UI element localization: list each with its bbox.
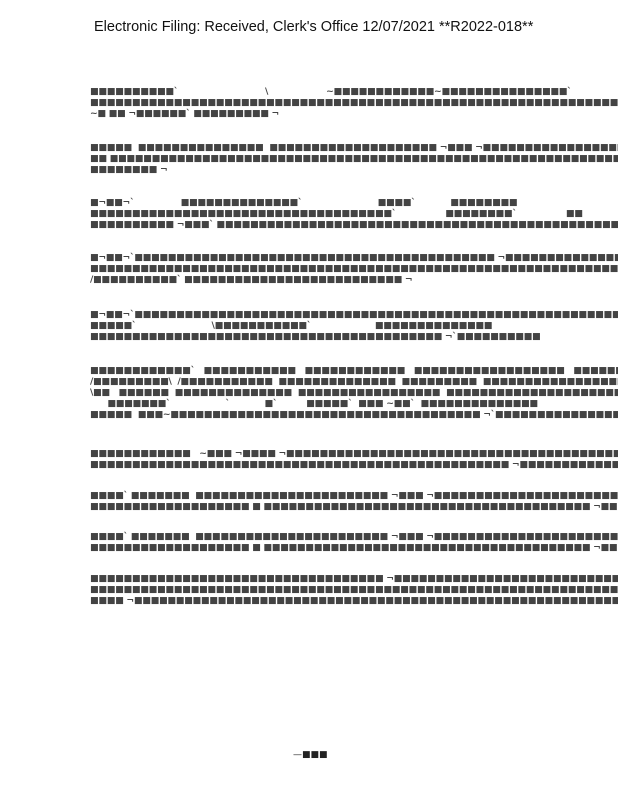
paragraph-line: ■■■■■■■■■■■■■■■■■■■ ■ ■■■■■■■■■■■■■■■■■■…: [90, 501, 618, 512]
body-paragraph: ■■■■■■■■■■` \ ~■■■■■■■■■■■■~■■■■■■■■■■■■…: [90, 86, 618, 119]
paragraph-line: ■■■■■■■■■■■■` ■■■■■■■■■■■ ■■■■■■■■■■■■ ■…: [90, 365, 618, 376]
page-number-footer: —■■■: [293, 750, 328, 760]
body-paragraph: ■¬■■¬`■■■■■■■■■■■■■■■■■■■■■■■■■■■■■■■■■■…: [90, 252, 618, 285]
paragraph-line: /■■■■■■■■■■` ■■■■■■■■■■■■■■■■■■■■■■■■■■ …: [90, 274, 618, 285]
paragraph-line: ■■ ■■■■■■■■■■■■■■■■■■■■■■■■■■■■■■■■■■■■■…: [90, 153, 618, 164]
body-paragraph: ■¬■■¬`■■■■■■■■■■■■■■■■■■■■■■■■■■■■■■■■■■…: [90, 309, 618, 342]
body-paragraph: ■■■■■ ■■■■■■■■■■■■■■■ ■■■■■■■■■■■■■■■■■■…: [90, 142, 618, 175]
body-paragraph: ■■■■` ■■■■■■■ ■■■■■■■■■■■■■■■■■■■■■■■ ¬■…: [90, 531, 618, 553]
paragraph-line: ■■■■■■■■■■■■■■■■■■■■■■■■■■■■■■■■■■■■■■■■…: [90, 584, 618, 595]
paragraph-line: ■■■■■■■■■■■■■■■■■■■ ■ ■■■■■■■■■■■■■■■■■■…: [90, 542, 618, 553]
paragraph-line: ■■■■■■■■■■■■■■■■■■■■■■■■■■■■■■■■■■■■` ■■…: [90, 208, 618, 219]
paragraph-line: ■■■■■■■■■■■■■■■■■■■■■■■■■■■■■■■■■■■■■■■■…: [90, 263, 618, 274]
paragraph-line: ■■■■■ ■■■~■■■■■■■■■■■■■■■■■■■■■■■■■■■■■■…: [90, 409, 618, 420]
body-paragraph: ■■■■■■■■■■■■■■■■■■■■■■■■■■■■■■■■■■■ ¬■■■…: [90, 573, 618, 606]
paragraph-line: ■■■■■ ■■■■■■■■■■■■■■■ ■■■■■■■■■■■■■■■■■■…: [90, 142, 618, 153]
paragraph-line: ■■■■■■■■■■■■■■■■■■■■■■■■■■■■■■■■■■■ ¬■■■…: [90, 573, 618, 584]
paragraph-line: ~■ ■■ ¬■■■■■■` ■■■■■■■■■ ¬: [90, 108, 618, 119]
paragraph-line: ■¬■■¬` ■■■■■■■■■■■■■■` ■■■■` ■■■■■■■■: [90, 197, 618, 208]
paragraph-line: ■■■■■` \■■■■■■■■■■■` ■■■■■■■■■■■■■■: [90, 320, 618, 331]
paragraph-line: ■■■■■■■` ` ■` ■■■■■` ■■■ ~■■` ■■■■■■■■■■…: [90, 398, 618, 409]
paragraph-line: ■■■■■■■■■■` \ ~■■■■■■■■■■■■~■■■■■■■■■■■■…: [90, 86, 618, 97]
body-paragraph: ■¬■■¬` ■■■■■■■■■■■■■■` ■■■■` ■■■■■■■■■■■…: [90, 197, 618, 230]
body-paragraph: ■■■■` ■■■■■■■ ■■■■■■■■■■■■■■■■■■■■■■■ ¬■…: [90, 490, 618, 512]
paragraph-line: ■■■■` ■■■■■■■ ■■■■■■■■■■■■■■■■■■■■■■■ ¬■…: [90, 531, 618, 542]
paragraph-line: \■■ ■■■■■■ ■■■■■■■■■■■■■■ ■■■■■■■■■■■■■■…: [90, 387, 618, 398]
paragraph-line: ■■■■■■■■■■■■ ~■■■ ¬■■■■ ¬■■■■■■■■■■■■■■■…: [90, 448, 618, 459]
paragraph-line: ■¬■■¬`■■■■■■■■■■■■■■■■■■■■■■■■■■■■■■■■■■…: [90, 309, 618, 320]
body-paragraph: ■■■■■■■■■■■■ ~■■■ ¬■■■■ ¬■■■■■■■■■■■■■■■…: [90, 448, 618, 470]
paragraph-line: ■■■■ ¬■■■■■■■■■■■■■■■■■■■■■■■■■■■■■■■■■■…: [90, 595, 618, 606]
paragraph-line: /■■■■■■■■■\ /■■■■■■■■■■■ ■■■■■■■■■■■■■■ …: [90, 376, 618, 387]
body-paragraph: ■■■■■■■■■■■■` ■■■■■■■■■■■ ■■■■■■■■■■■■ ■…: [90, 365, 618, 420]
paragraph-line: ■¬■■¬`■■■■■■■■■■■■■■■■■■■■■■■■■■■■■■■■■■…: [90, 252, 618, 263]
paragraph-line: ■■■■■■■■■■■■■■■■■■■■■■■■■■■■■■■■■■■■■■■■…: [90, 97, 618, 108]
paragraph-line: ■■■■■■■■ ¬: [90, 164, 618, 175]
paragraph-line: ■■■■■■■■■■■■■■■■■■■■■■■■■■■■■■■■■■■■■■■■…: [90, 459, 618, 470]
paragraph-line: ■■■■■■■■■■ ¬■■■` ■■■■■■■■■■■■■■■■■■■■■■■…: [90, 219, 618, 230]
paragraph-line: ■■■■` ■■■■■■■ ■■■■■■■■■■■■■■■■■■■■■■■ ¬■…: [90, 490, 618, 501]
filing-header: Electronic Filing: Received, Clerk's Off…: [94, 19, 533, 35]
paragraph-line: ■■■■■■■■■■■■■■■■■■■■■■■■■■■■■■■■■■■■■■■■…: [90, 331, 618, 342]
